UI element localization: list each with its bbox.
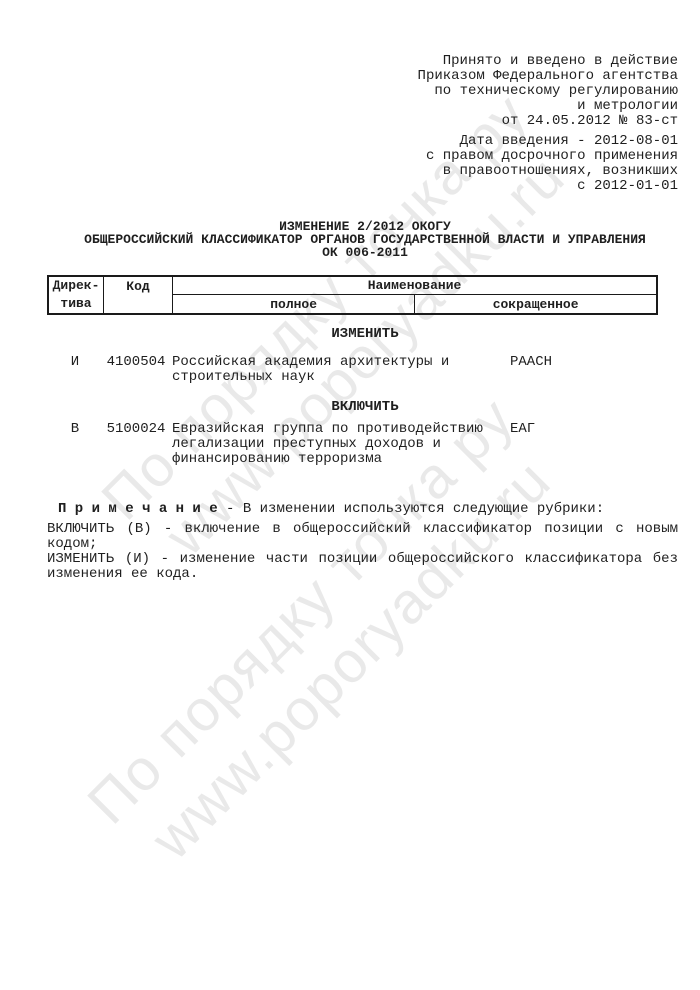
cell-code: 5100024 bbox=[102, 422, 170, 467]
section-label-vklyuchit: ВКЛЮЧИТЬ bbox=[47, 400, 683, 415]
cell-short-name: РААСН bbox=[507, 355, 658, 385]
effective-date-line: Дата введения - 2012-08-01 bbox=[418, 134, 678, 149]
adoption-note-line: от 24.05.2012 № 83-ст bbox=[418, 114, 678, 129]
document-title: ИЗМЕНЕНИЕ 2/2012 ОКОГУ ОБЩЕРОССИЙСКИЙ КЛ… bbox=[47, 220, 683, 259]
cell-short-name: ЕАГ bbox=[507, 422, 658, 467]
note-label: П р и м е ч а н и е bbox=[58, 501, 218, 517]
header-directive-cell: Дирек- тива bbox=[48, 276, 104, 314]
header-name-short-cell: сокращенное bbox=[415, 295, 657, 315]
cell-directive: В bbox=[48, 422, 102, 467]
adoption-note-line: по техническому регулированию bbox=[418, 84, 678, 99]
adoption-note-line: и метрологии bbox=[418, 99, 678, 114]
adoption-note-line: Принято и введено в действие bbox=[418, 54, 678, 69]
section-label-izmenit: ИЗМЕНИТЬ bbox=[47, 327, 683, 342]
title-line-classifier-code: ОК 006-2011 bbox=[47, 246, 683, 259]
adoption-note-line: Приказом Федерального агентства bbox=[418, 69, 678, 84]
classifier-row: И 4100504 Российская академия архитектур… bbox=[48, 355, 658, 385]
effective-date-line: в правоотношениях, возникших bbox=[418, 164, 678, 179]
note-block: П р и м е ч а н и е - В изменении исполь… bbox=[47, 502, 678, 582]
effective-date-line: с 2012-01-01 bbox=[418, 179, 678, 194]
note-item-include: ВКЛЮЧИТЬ (В) - включение в общероссийски… bbox=[47, 522, 678, 552]
note-intro: - В изменении используются следующие руб… bbox=[218, 501, 604, 517]
cell-code: 4100504 bbox=[102, 355, 170, 385]
cell-full-name: Евразийская группа по противодействию ле… bbox=[170, 422, 507, 467]
watermark-url: www.poporyadku.ru bbox=[138, 433, 579, 874]
effective-date-note: Дата введения - 2012-08-01 с правом доср… bbox=[418, 134, 678, 194]
header-name-group-cell: Наименование bbox=[173, 276, 658, 295]
cell-full-name: Российская академия архитектуры и строит… bbox=[170, 355, 507, 385]
cell-directive: И bbox=[48, 355, 102, 385]
adoption-note: Принято и введено в действие Приказом Фе… bbox=[418, 54, 678, 194]
classifier-row: В 5100024 Евразийская группа по противод… bbox=[48, 422, 658, 467]
adoption-note-block: Принято и введено в действие Приказом Фе… bbox=[418, 54, 678, 129]
classifier-table-header: Дирек- тива Код Наименование полное сокр… bbox=[47, 275, 658, 315]
document-page: По порядку точка ру www.poporyadku.ru По… bbox=[0, 0, 700, 990]
header-name-full-cell: полное bbox=[173, 295, 415, 315]
header-code-cell: Код bbox=[104, 276, 173, 314]
note-item-change: ИЗМЕНИТЬ (И) - изменение части позиции о… bbox=[47, 552, 678, 582]
effective-date-line: с правом досрочного применения bbox=[418, 149, 678, 164]
note-heading: П р и м е ч а н и е - В изменении исполь… bbox=[47, 502, 678, 517]
